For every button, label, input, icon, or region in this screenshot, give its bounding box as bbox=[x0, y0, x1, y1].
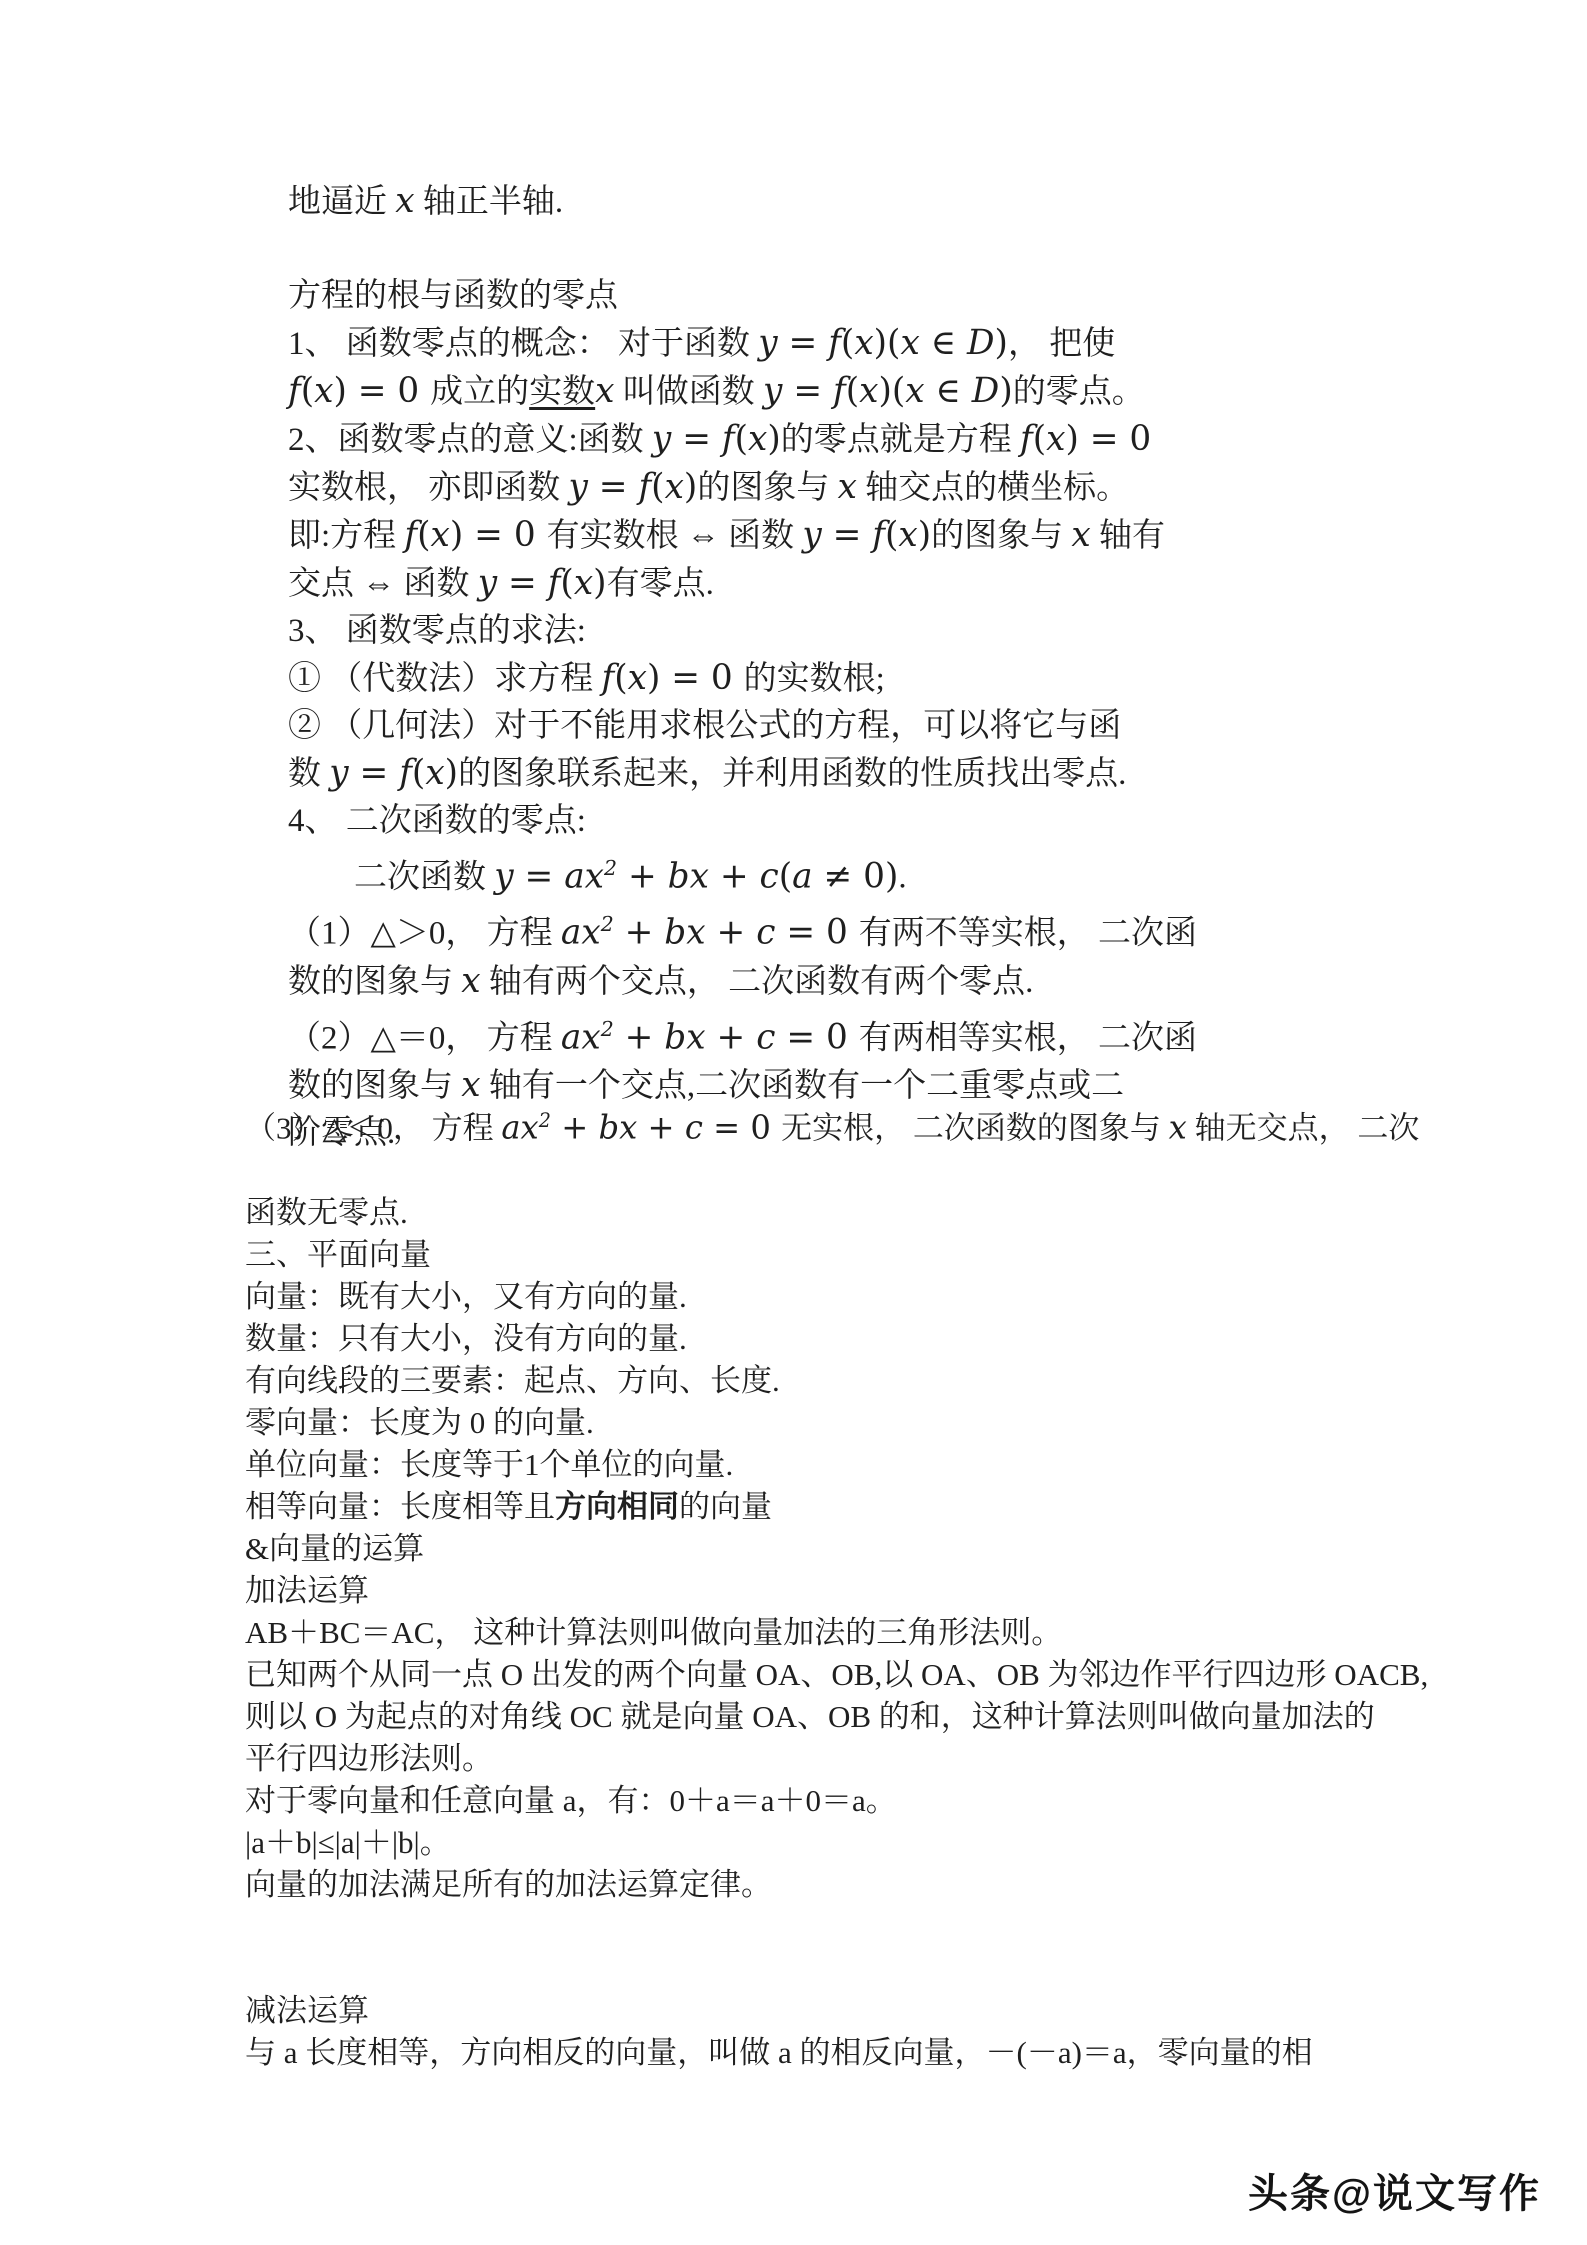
text-run: 已知两个从同一点 O 出发的两个向量 OA、OB,以 OA、OB 为邻边作平行四… bbox=[245, 1657, 1428, 1692]
text-run: ( bbox=[301, 371, 314, 411]
text-run: 三、平面向量 bbox=[245, 1237, 431, 1272]
text-run: = bbox=[782, 371, 833, 411]
text-line: AB＋BC＝AC， 这种计算法则叫做向量加法的三角形法则。 bbox=[245, 1612, 1428, 1654]
text-run: f bbox=[638, 467, 651, 507]
text-run: ) bbox=[445, 753, 458, 793]
text-run: &向量的运算 bbox=[245, 1531, 424, 1566]
text-run: 轴无交点， 二次 bbox=[1187, 1111, 1420, 1146]
text-run: 的零点。 bbox=[1013, 374, 1145, 410]
text-run: = bbox=[514, 856, 565, 896]
text-line: 地逼近 x 轴正半轴. bbox=[288, 178, 1197, 226]
text-run: y bbox=[494, 856, 513, 896]
text-run: bx bbox=[664, 913, 705, 953]
text-line: 二次函数 y = ax2 + bx + c(a ≠ 0). bbox=[288, 845, 1197, 901]
text-run: y bbox=[478, 563, 497, 603]
text-line: 已知两个从同一点 O 出发的两个向量 OA、OB,以 OA、OB 为邻边作平行四… bbox=[245, 1654, 1428, 1696]
text-line: ① （代数法）求方程 f(x) = 0 的实数根; bbox=[288, 655, 1197, 703]
text-run: x bbox=[838, 467, 857, 507]
text-run: = bbox=[778, 323, 829, 363]
text-line: 则以 O 为起点的对角线 OC 就是向量 OA、OB 的和，这种计算法则叫做向量… bbox=[245, 1696, 1428, 1738]
text-run: 数的图象与 bbox=[288, 964, 461, 1000]
text-line: （2）△＝0， 方程 ax2 + bx + c = 0 有两相等实根， 二次函 bbox=[288, 1006, 1197, 1062]
text-run: x bbox=[461, 961, 480, 1001]
text-run: ax bbox=[564, 856, 604, 896]
text-run: 加法运算 bbox=[245, 1573, 369, 1608]
text-run: c bbox=[756, 913, 775, 953]
text-run: ) bbox=[593, 563, 606, 603]
text-run: ) bbox=[918, 515, 931, 555]
text-line: ② （几何法）对于不能用求根公式的方程，可以将它与函 bbox=[288, 703, 1197, 750]
text-run: = 0 bbox=[775, 1017, 858, 1057]
text-run: 2 bbox=[601, 1017, 614, 1041]
text-line: 实数根， 亦即函数 y = f(x)的图象与 x 轴交点的横坐标。 bbox=[288, 464, 1197, 512]
text-run: x bbox=[461, 1065, 480, 1105]
text-run: 2、函数零点的意义:函数 bbox=[288, 422, 652, 458]
text-run: + bbox=[617, 856, 668, 896]
text-run: ∈ bbox=[920, 323, 967, 363]
text-run: 2 bbox=[601, 912, 614, 936]
text-line: |a＋b|≤|a|＋|b|。 bbox=[245, 1822, 1428, 1864]
text-run: 则以 O 为起点的对角线 OC 就是向量 OA、OB 的和，这种计算法则叫做向量… bbox=[245, 1699, 1375, 1734]
text-run: c bbox=[685, 1109, 703, 1147]
text-run: f bbox=[602, 658, 615, 698]
text-run: ， 把使 bbox=[1008, 326, 1115, 362]
text-line: 即:方程 f(x) = 0 有实数根 ⇔ 函数 y = f(x)的图象与 x 轴… bbox=[288, 512, 1197, 560]
text-run: 数的图象与 bbox=[288, 1068, 461, 1104]
text-run: = bbox=[671, 419, 722, 459]
text-run: ( bbox=[560, 563, 573, 603]
text-line: 数的图象与 x 轴有两个交点， 二次函数有两个零点. bbox=[288, 958, 1197, 1006]
text-run: 与 a 长度相等，方向相反的向量，叫做 a 的相反向量，－(－a)＝a，零向量的… bbox=[245, 2035, 1313, 2070]
text-run: x bbox=[595, 371, 614, 411]
text-run: ① （代数法）求方程 bbox=[288, 661, 602, 697]
blank-line bbox=[288, 226, 1197, 273]
text-line: 函数无零点. bbox=[245, 1192, 1428, 1234]
text-line: 有向线段的三要素：起点、方向、长度. bbox=[245, 1360, 1428, 1402]
text-run: 单位向量：长度等于1个单位的向量. bbox=[245, 1447, 733, 1482]
text-run: 2 bbox=[539, 1109, 551, 1132]
text-run: 的向量 bbox=[679, 1489, 772, 1524]
text-run: x bbox=[431, 515, 450, 555]
text-run: 轴有 bbox=[1091, 518, 1165, 554]
blank-line bbox=[245, 1906, 1428, 1948]
text-run: ( bbox=[779, 856, 792, 896]
text-line: 方程的根与函数的零点 bbox=[288, 273, 1197, 320]
text-run: = bbox=[822, 515, 873, 555]
text-line: 单位向量：长度等于1个单位的向量. bbox=[245, 1444, 1428, 1486]
text-run: 3、 函数零点的求法: bbox=[288, 613, 586, 649]
text-run: f bbox=[722, 419, 735, 459]
text-line: 加法运算 bbox=[245, 1570, 1428, 1612]
text-run: ax bbox=[561, 913, 601, 953]
text-line: 向量的加法满足所有的加法运算定律。 bbox=[245, 1864, 1428, 1906]
text-run: ( bbox=[1033, 419, 1046, 459]
text-run: c bbox=[756, 1017, 775, 1057]
text-run: ( bbox=[412, 753, 425, 793]
text-run: bx bbox=[598, 1109, 637, 1147]
text-run: x bbox=[395, 181, 414, 221]
text-run: 地逼近 bbox=[288, 184, 395, 220]
text-run: 向量：既有大小，又有方向的量. bbox=[245, 1279, 687, 1314]
text-line: &向量的运算 bbox=[245, 1528, 1428, 1570]
text-run: ( bbox=[885, 515, 898, 555]
text-run: 的图象与 bbox=[697, 470, 837, 506]
text-run: x bbox=[748, 419, 767, 459]
section-function-zeros: 地逼近 x 轴正半轴.方程的根与函数的零点1、 函数零点的概念： 对于函数 y … bbox=[288, 178, 1197, 1157]
text-run: y bbox=[652, 419, 671, 459]
text-run: D bbox=[972, 371, 1000, 411]
text-line: 3、 函数零点的求法: bbox=[288, 608, 1197, 655]
text-run: x bbox=[314, 371, 333, 411]
text-run: ( bbox=[735, 419, 748, 459]
text-run: x bbox=[898, 515, 917, 555]
text-run: 轴交点的横坐标。 bbox=[857, 470, 1129, 506]
text-run: f bbox=[1020, 419, 1033, 459]
text-run: a bbox=[792, 856, 812, 896]
text-run: x bbox=[1169, 1109, 1187, 1147]
text-run: = bbox=[349, 753, 400, 793]
text-run: 的图象与 bbox=[931, 518, 1071, 554]
text-run: f bbox=[872, 515, 885, 555]
text-run: x bbox=[905, 371, 924, 411]
text-run: f bbox=[288, 371, 301, 411]
text-run: 实数根， 亦即函数 bbox=[288, 470, 569, 506]
text-run: 二次函数 bbox=[288, 859, 494, 895]
text-run: 的图象联系起来，并利用函数的性质找出零点. bbox=[458, 756, 1126, 792]
text-run: ≠ 0) bbox=[813, 856, 899, 896]
text-run: . bbox=[898, 859, 906, 895]
text-run: f bbox=[548, 563, 561, 603]
text-run: y bbox=[758, 323, 777, 363]
text-run: + bbox=[614, 913, 665, 953]
text-run: （2）△＝0， 方程 bbox=[288, 1020, 561, 1056]
text-run: 有实数根 ⇔ 函数 bbox=[547, 518, 803, 554]
text-line: 数量：只有大小，没有方向的量. bbox=[245, 1318, 1428, 1360]
text-run: 有零点. bbox=[607, 566, 714, 602]
blank-line bbox=[245, 1948, 1428, 1990]
text-run: 有两不等实根， 二次函 bbox=[859, 916, 1197, 952]
text-run: x bbox=[859, 371, 878, 411]
text-run: + bbox=[551, 1109, 599, 1147]
text-run: 相等向量：长度相等且 bbox=[245, 1489, 555, 1524]
text-run: AB＋BC＝AC， 这种计算法则叫做向量加法的三角形法则。 bbox=[245, 1615, 1062, 1650]
text-line: 1、 函数零点的概念： 对于函数 y = f(x)(x ∈ D)， 把使 bbox=[288, 320, 1197, 368]
text-run: x bbox=[425, 753, 444, 793]
text-run: 成立的 bbox=[430, 374, 529, 410]
text-run: 有两相等实根， 二次函 bbox=[859, 1020, 1197, 1056]
text-run: = bbox=[497, 563, 548, 603]
document-page: 地逼近 x 轴正半轴.方程的根与函数的零点1、 函数零点的概念： 对于函数 y … bbox=[0, 0, 1587, 2245]
text-run: ( bbox=[651, 467, 664, 507]
text-run: 零向量：长度为 0 的向量. bbox=[245, 1405, 594, 1440]
text-line: 交点 ⇔ 函数 y = f(x)有零点. bbox=[288, 560, 1197, 608]
text-run: ∈ bbox=[925, 371, 972, 411]
text-run: f bbox=[404, 515, 417, 555]
text-run: x bbox=[854, 323, 873, 363]
text-line: 相等向量：长度相等且方向相同的向量 bbox=[245, 1486, 1428, 1528]
text-run: ( bbox=[417, 515, 430, 555]
text-run: bx bbox=[664, 1017, 705, 1057]
text-run: ② （几何法）对于不能用求根公式的方程，可以将它与函 bbox=[288, 708, 1121, 744]
text-run: （1）△＞0， 方程 bbox=[288, 916, 561, 952]
text-run: x bbox=[665, 467, 684, 507]
text-run: )( bbox=[874, 323, 901, 363]
text-line: 对于零向量和任意向量 a，有：0＋a＝a＋0＝a。 bbox=[245, 1780, 1428, 1822]
text-run: ) bbox=[767, 419, 780, 459]
text-line: 向量：既有大小，又有方向的量. bbox=[245, 1276, 1428, 1318]
watermark: 头条@说文写作 bbox=[1248, 2162, 1541, 2219]
text-run: 4、 二次函数的零点: bbox=[288, 803, 586, 839]
text-line: 与 a 长度相等，方向相反的向量，叫做 a 的相反向量，－(－a)＝a，零向量的… bbox=[245, 2032, 1428, 2074]
text-run: 2 bbox=[604, 856, 617, 880]
text-run: ax bbox=[561, 1017, 601, 1057]
text-run: y bbox=[329, 753, 348, 793]
text-run: x bbox=[1071, 515, 1090, 555]
text-run: ) = 0 bbox=[333, 371, 430, 411]
section-plane-vectors: （3）△＜0， 方程 ax2 + bx + c = 0 无实根， 二次函数的图象… bbox=[245, 1100, 1428, 2074]
text-line: 2、函数零点的意义:函数 y = f(x)的零点就是方程 f(x) = 0 bbox=[288, 416, 1197, 464]
text-run: f bbox=[833, 371, 846, 411]
text-run: ) bbox=[995, 323, 1008, 363]
text-run: ) bbox=[999, 371, 1012, 411]
text-line: 平行四边形法则。 bbox=[245, 1738, 1428, 1780]
text-run: ( bbox=[614, 658, 627, 698]
text-run: 函数无零点. bbox=[245, 1195, 408, 1230]
text-run: x bbox=[574, 563, 593, 603]
text-run: ) bbox=[684, 467, 697, 507]
text-line: 4、 二次函数的零点: bbox=[288, 798, 1197, 845]
text-run: 方程的根与函数的零点 bbox=[288, 278, 618, 314]
text-run: ) = 0 bbox=[647, 658, 744, 698]
text-run: 无实根， 二次函数的图象与 bbox=[781, 1111, 1169, 1146]
text-run: |a＋b|≤|a|＋|b|。 bbox=[245, 1825, 451, 1860]
text-run: 数量：只有大小，没有方向的量. bbox=[245, 1321, 687, 1356]
text-run: 轴有一个交点,二次函数有一个二重零点或二 bbox=[481, 1068, 1125, 1104]
text-run: y bbox=[763, 371, 782, 411]
text-line: 数 y = f(x)的图象联系起来，并利用函数的性质找出零点. bbox=[288, 750, 1197, 798]
text-run: 有向线段的三要素：起点、方向、长度. bbox=[245, 1363, 780, 1398]
text-run: 数 bbox=[288, 756, 329, 792]
text-run: ) = 0 bbox=[450, 515, 547, 555]
text-run: ax bbox=[501, 1109, 538, 1147]
text-run: f bbox=[828, 323, 841, 363]
text-run: 实数 bbox=[529, 374, 595, 410]
text-run: 对于零向量和任意向量 a，有：0＋a＝a＋0＝a。 bbox=[245, 1783, 897, 1818]
text-run: 方向相同 bbox=[555, 1489, 679, 1524]
text-run: ( bbox=[846, 371, 859, 411]
text-run: 即:方程 bbox=[288, 518, 404, 554]
text-run: 向量的加法满足所有的加法运算定律。 bbox=[245, 1867, 772, 1902]
text-run: + bbox=[637, 1109, 685, 1147]
text-run: = 0 bbox=[703, 1109, 781, 1147]
text-run: bx bbox=[668, 856, 709, 896]
text-line: （3）△＜0， 方程 ax2 + bx + c = 0 无实根， 二次函数的图象… bbox=[245, 1100, 1428, 1150]
text-run: x bbox=[900, 323, 919, 363]
text-line: 三、平面向量 bbox=[245, 1234, 1428, 1276]
text-run: 轴有两个交点， 二次函数有两个零点. bbox=[481, 964, 1034, 1000]
text-run: 减法运算 bbox=[245, 1993, 369, 2028]
text-run: + bbox=[709, 856, 760, 896]
text-run: + bbox=[706, 913, 757, 953]
text-run: 的实数根; bbox=[744, 661, 885, 697]
text-run: ( bbox=[841, 323, 854, 363]
text-run: 叫做函数 bbox=[615, 374, 764, 410]
text-line: （1）△＞0， 方程 ax2 + bx + c = 0 有两不等实根， 二次函 bbox=[288, 901, 1197, 957]
text-line: 零向量：长度为 0 的向量. bbox=[245, 1402, 1428, 1444]
text-line: f(x) = 0 成立的实数x 叫做函数 y = f(x)(x ∈ D)的零点。 bbox=[288, 368, 1197, 416]
text-run: 平行四边形法则。 bbox=[245, 1741, 493, 1776]
text-run: D bbox=[967, 323, 995, 363]
text-run: )( bbox=[878, 371, 905, 411]
text-run: f bbox=[399, 753, 412, 793]
text-run: （3）△＜0， 方程 bbox=[245, 1111, 501, 1146]
text-run: c bbox=[760, 856, 779, 896]
text-run: ) = 0 bbox=[1065, 419, 1151, 459]
text-run: + bbox=[614, 1017, 665, 1057]
text-run: 的零点就是方程 bbox=[781, 422, 1020, 458]
text-run: = bbox=[588, 467, 639, 507]
text-run: 交点 ⇔ 函数 bbox=[288, 566, 478, 602]
text-run: 1、 函数零点的概念： 对于函数 bbox=[288, 326, 758, 362]
text-line: 减法运算 bbox=[245, 1990, 1428, 2032]
text-run: x bbox=[1046, 419, 1065, 459]
blank-line bbox=[245, 1150, 1428, 1192]
text-run: y bbox=[569, 467, 588, 507]
text-run: 轴正半轴. bbox=[415, 184, 564, 220]
text-run: + bbox=[706, 1017, 757, 1057]
text-run: y bbox=[802, 515, 821, 555]
text-run: x bbox=[628, 658, 647, 698]
text-run: = 0 bbox=[775, 913, 858, 953]
